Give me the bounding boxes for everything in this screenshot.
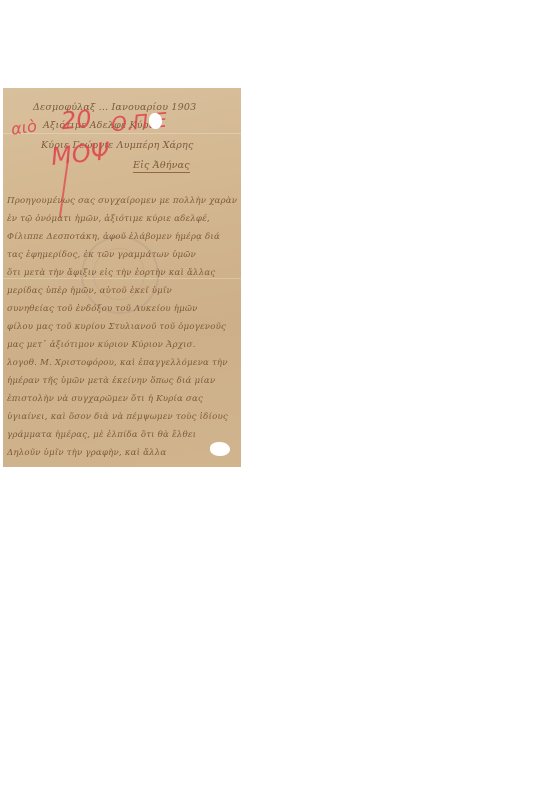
body-line: ἐπιστολὴν νὰ συγχαρῶμεν ὅτι ἡ Κυρία σας	[7, 394, 203, 404]
body-line: φίλου μας τοῦ κυρίου Στυλιανοῦ τοῦ ὁμογε…	[7, 322, 226, 332]
body-line: συνηθείας τοῦ ἐνδόξου τοῦ Λυκείου ἡμῶν	[7, 304, 198, 314]
paper-hole	[149, 113, 162, 129]
body-line: μερίδας ὑπὲρ ἡμῶν, αὐτοῦ ἐκεῖ ὑμῖν	[7, 286, 172, 296]
body-line: Φίλιππε Δεσποτάκη, ἀφοῦ ἐλάβομεν ἡμέρᾳ δ…	[7, 232, 220, 242]
red-annotation-prefix: αιὸ	[10, 116, 38, 138]
body-line: ὅτι μετὰ τὴν ἄφιξιν εἰς τὴν ἑορτὴν καὶ ἄ…	[7, 268, 215, 278]
header-destination: Εἰς Ἀθήνας	[133, 160, 190, 173]
paper-hole	[210, 442, 230, 456]
body-line: Δηλοῦν ὑμῖν τὴν γραφὴν, καὶ ἄλλα	[7, 448, 166, 458]
body-line: τας ἐφημερίδος, ἐκ τῶν γραμμάτων ὑμῶν	[7, 250, 196, 260]
body-line: Προηγουμένως σας συγχαίρομεν με πολλὴν χ…	[7, 196, 237, 206]
body-line: ἐν τῷ ὀνόματι ἡμῶν, ἀξιότιμε κύριε αδελφ…	[7, 214, 210, 224]
body-line: ὑγιαίνει, καὶ ὅσον διὰ νὰ πέμψωμεν τοὺς …	[7, 412, 228, 422]
letter-page: Δεσμοφύλαξ ... Ιανουαρίου 1903 Αξιότιμε …	[3, 88, 241, 467]
body-line: ἡμέραν τῆς ὑμῶν μετὰ ἐκείνην ὅπως διά μί…	[7, 376, 215, 386]
body-line: μας μετ᾽ ἀξιότιμον κύριον Κύριον Ἀρχισ.	[7, 340, 196, 350]
red-annotation-number: 20	[60, 105, 93, 136]
body-line: γράμματα ἡμέρας, μὲ ἐλπίδα ὅτι θὰ ἔλθει	[7, 430, 196, 440]
body-line: λογοθ. Μ. Χριστοφόρου, καὶ ἐπαγγελλόμενα…	[7, 358, 228, 368]
red-annotation-lower: ΜΟΨ	[50, 137, 111, 171]
